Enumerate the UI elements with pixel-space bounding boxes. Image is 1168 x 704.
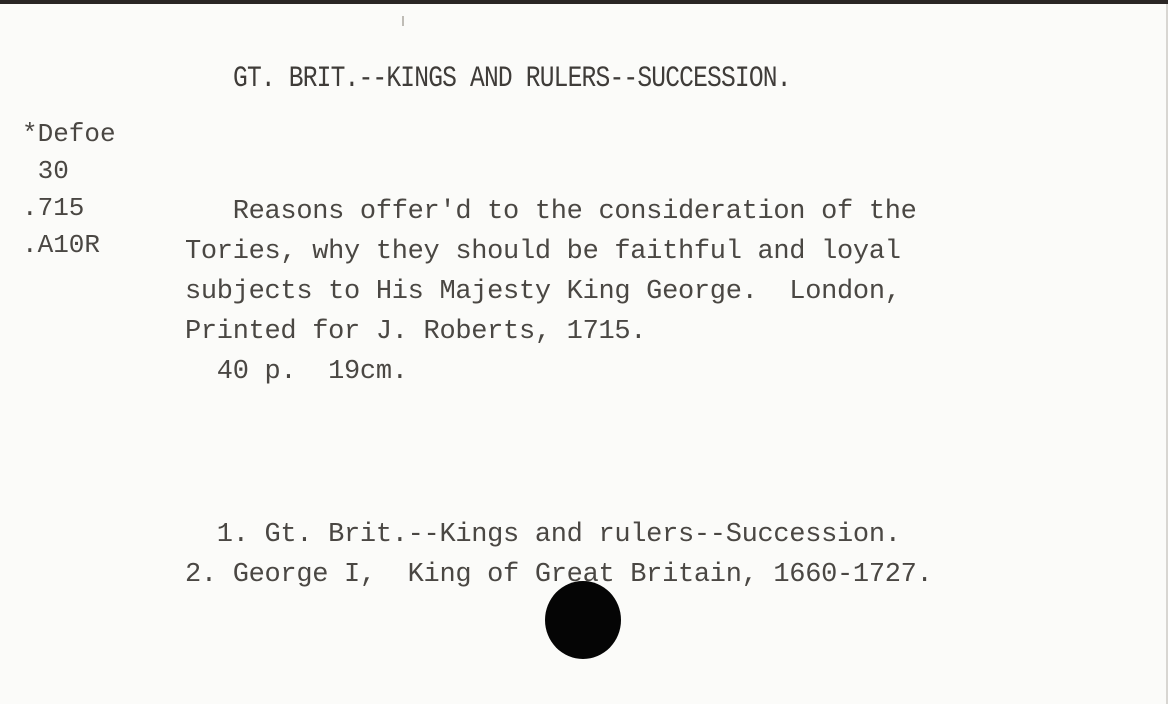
description-line: Tories, why they should be faithful and … <box>185 232 917 272</box>
call-number: *Defoe 30 .715 .A10R <box>22 116 116 264</box>
description-line: subjects to His Majesty King George. Lon… <box>185 272 917 312</box>
call-number-line: .715 <box>22 190 116 227</box>
paper-speck <box>402 16 404 26</box>
call-number-line: .A10R <box>22 227 116 264</box>
call-number-line: 30 <box>22 153 116 190</box>
subject-tracings: 1. Gt. Brit.--Kings and rulers--Successi… <box>185 515 932 595</box>
subject-heading: GT. BRIT.--KINGS AND RULERS--SUCCESSION. <box>233 62 791 96</box>
description-line: Printed for J. Roberts, 1715. <box>185 312 917 352</box>
collation-line: 40 p. 19cm. <box>185 352 917 392</box>
catalog-card: GT. BRIT.--KINGS AND RULERS--SUCCESSION.… <box>0 4 1166 704</box>
call-number-line: *Defoe <box>22 116 116 153</box>
punch-hole <box>545 581 621 659</box>
bibliographic-description: Reasons offer'd to the consideration of … <box>185 192 917 392</box>
description-line: Reasons offer'd to the consideration of … <box>185 192 917 232</box>
tracing-line: 1. Gt. Brit.--Kings and rulers--Successi… <box>185 515 932 555</box>
